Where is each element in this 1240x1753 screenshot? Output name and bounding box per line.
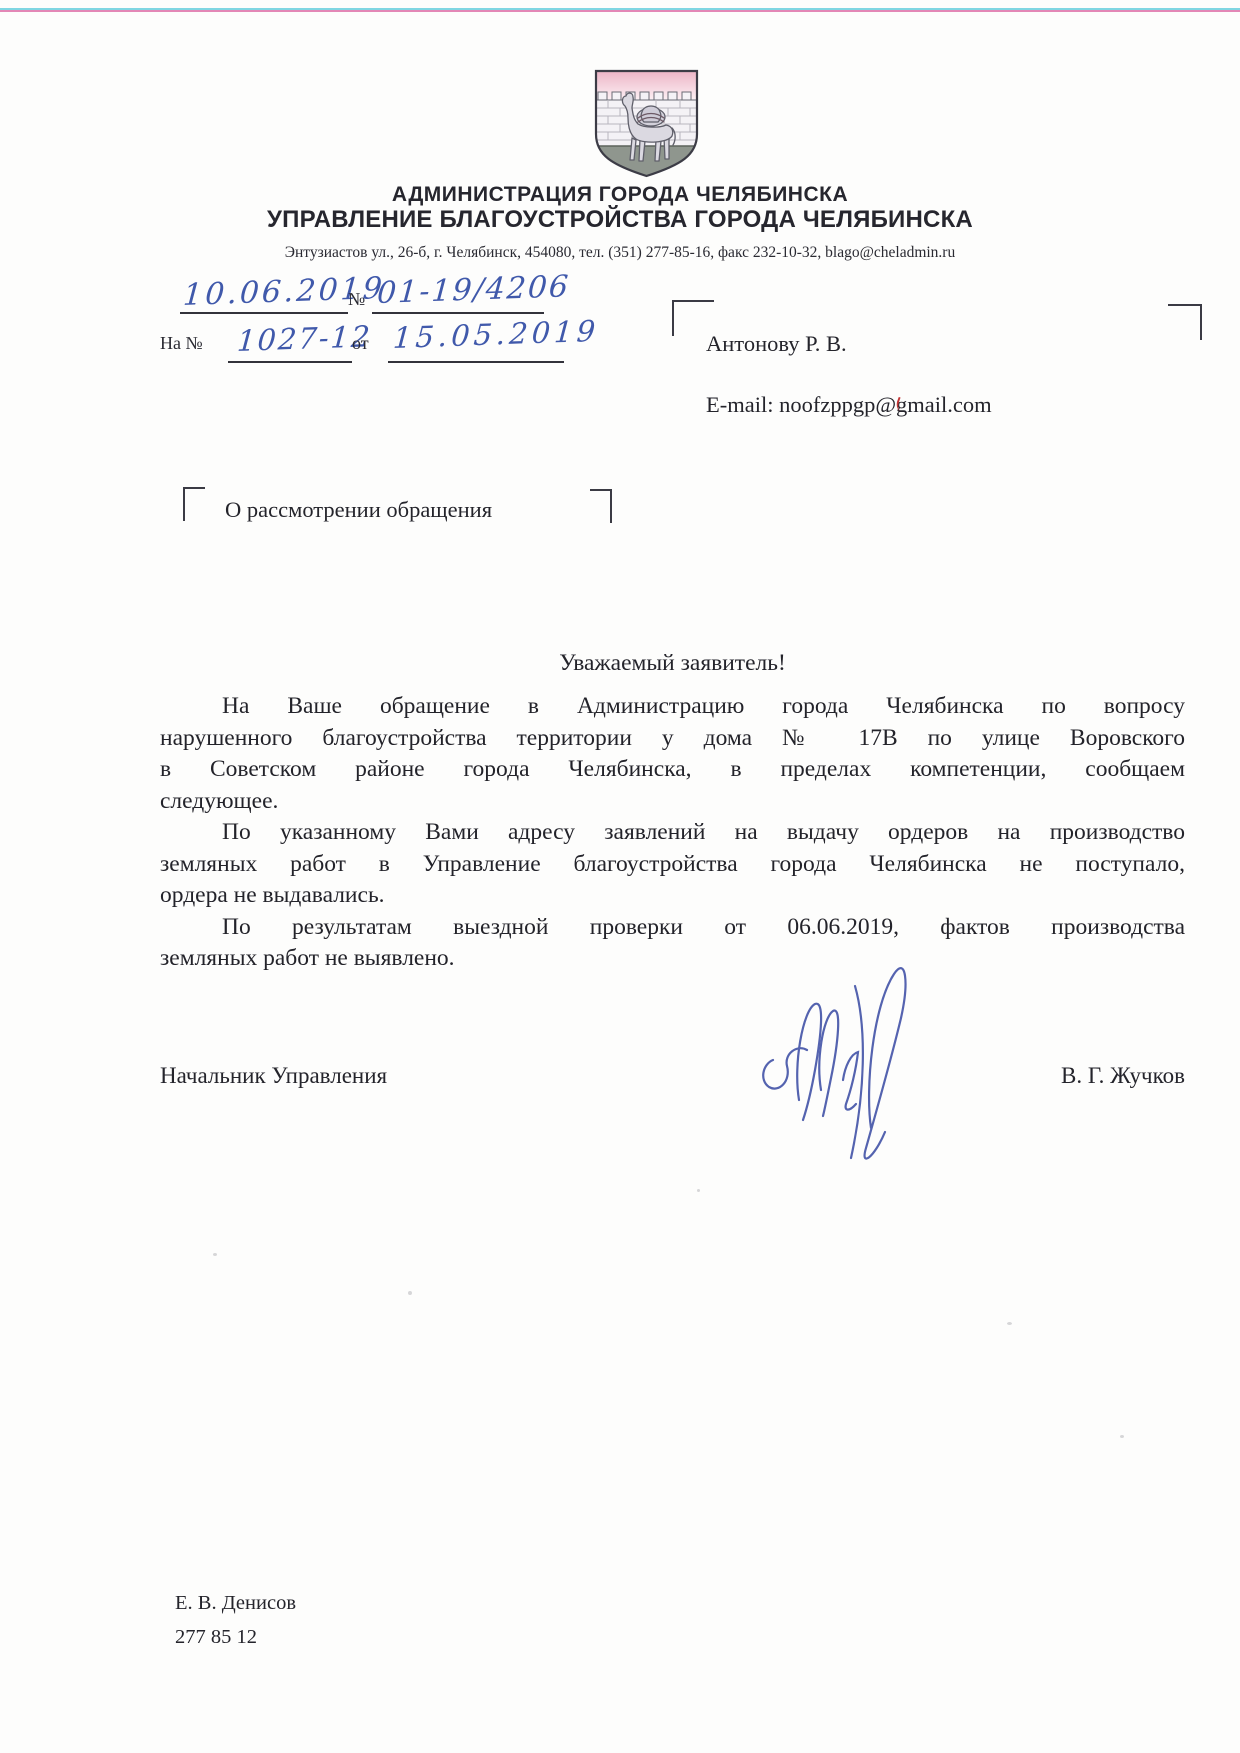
recipient-name: Антонову Р. В.: [706, 331, 847, 357]
scan-noise-speck: [408, 1291, 412, 1295]
handwritten-signature: [755, 948, 950, 1163]
scanned-letter-page: АДМИНИСТРАЦИЯ ГОРОДА ЧЕЛЯБИНСКА УПРАВЛЕН…: [0, 0, 1240, 1753]
signature-icon: [755, 948, 950, 1163]
body-line: По указанному Вами адресу заявлений на в…: [160, 817, 1185, 849]
handwritten-outgoing-number: 01-19/4206: [376, 269, 571, 311]
camel-shield-icon: [588, 68, 705, 179]
org-name-line1: АДМИНИСТРАЦИЯ ГОРОДА ЧЕЛЯБИНСКА: [0, 183, 1240, 207]
coat-of-arms-emblem: [588, 68, 705, 179]
executor-phone: 277 85 12: [175, 1626, 257, 1649]
body-line: земляных работ в Управление благоустройс…: [160, 849, 1185, 881]
body-line: следующее.: [160, 786, 1185, 818]
org-name-line2: УПРАВЛЕНИЕ БЛАГОУСТРОЙСТВА ГОРОДА ЧЕЛЯБИ…: [0, 206, 1240, 234]
number-sign-label: №: [348, 289, 365, 310]
signer-name: В. Г. Жучков: [160, 1063, 1185, 1089]
blank-underline: [228, 361, 352, 363]
salutation: Уважаемый заявитель!: [160, 650, 1185, 677]
executor-name: Е. В. Денисов: [175, 1592, 296, 1615]
body-line: По результатам выездной проверки от 06.0…: [160, 912, 1185, 944]
blank-underline: [388, 361, 564, 363]
org-address-line: Энтузиастов ул., 26-б, г. Челябинск, 454…: [0, 244, 1240, 262]
handwritten-reply-date: 15.05.2019: [392, 314, 600, 355]
subject-corner-mark-left: [183, 487, 205, 521]
subject-line: О рассмотрении обращения: [225, 497, 492, 523]
scan-noise-speck: [213, 1253, 217, 1256]
body-line: ордера не выдавались.: [160, 880, 1185, 912]
scan-artifact-line-magenta: [0, 10, 1240, 12]
body-line: в Советском районе города Челябинска, в …: [160, 754, 1185, 786]
reply-from-label: от: [352, 333, 369, 354]
scan-noise-speck: [1007, 1322, 1012, 1325]
blank-underline: [372, 312, 544, 314]
subject-corner-mark-right: [590, 489, 612, 523]
body-line: На Ваше обращение в Администрацию города…: [160, 691, 1185, 723]
blank-underline: [180, 312, 348, 314]
body-line: нарушенного благоустройства территории у…: [160, 723, 1185, 755]
reply-prefix-label: На №: [160, 333, 203, 354]
scan-noise-speck: [1120, 1435, 1124, 1438]
recipient-corner-mark-right: [1168, 304, 1202, 340]
recipient-email-line: E-mail: noofzppgp@gmail.com: [706, 392, 992, 418]
body-line: земляных работ не выявлено.: [160, 943, 1185, 975]
scan-noise-speck: [697, 1189, 700, 1192]
